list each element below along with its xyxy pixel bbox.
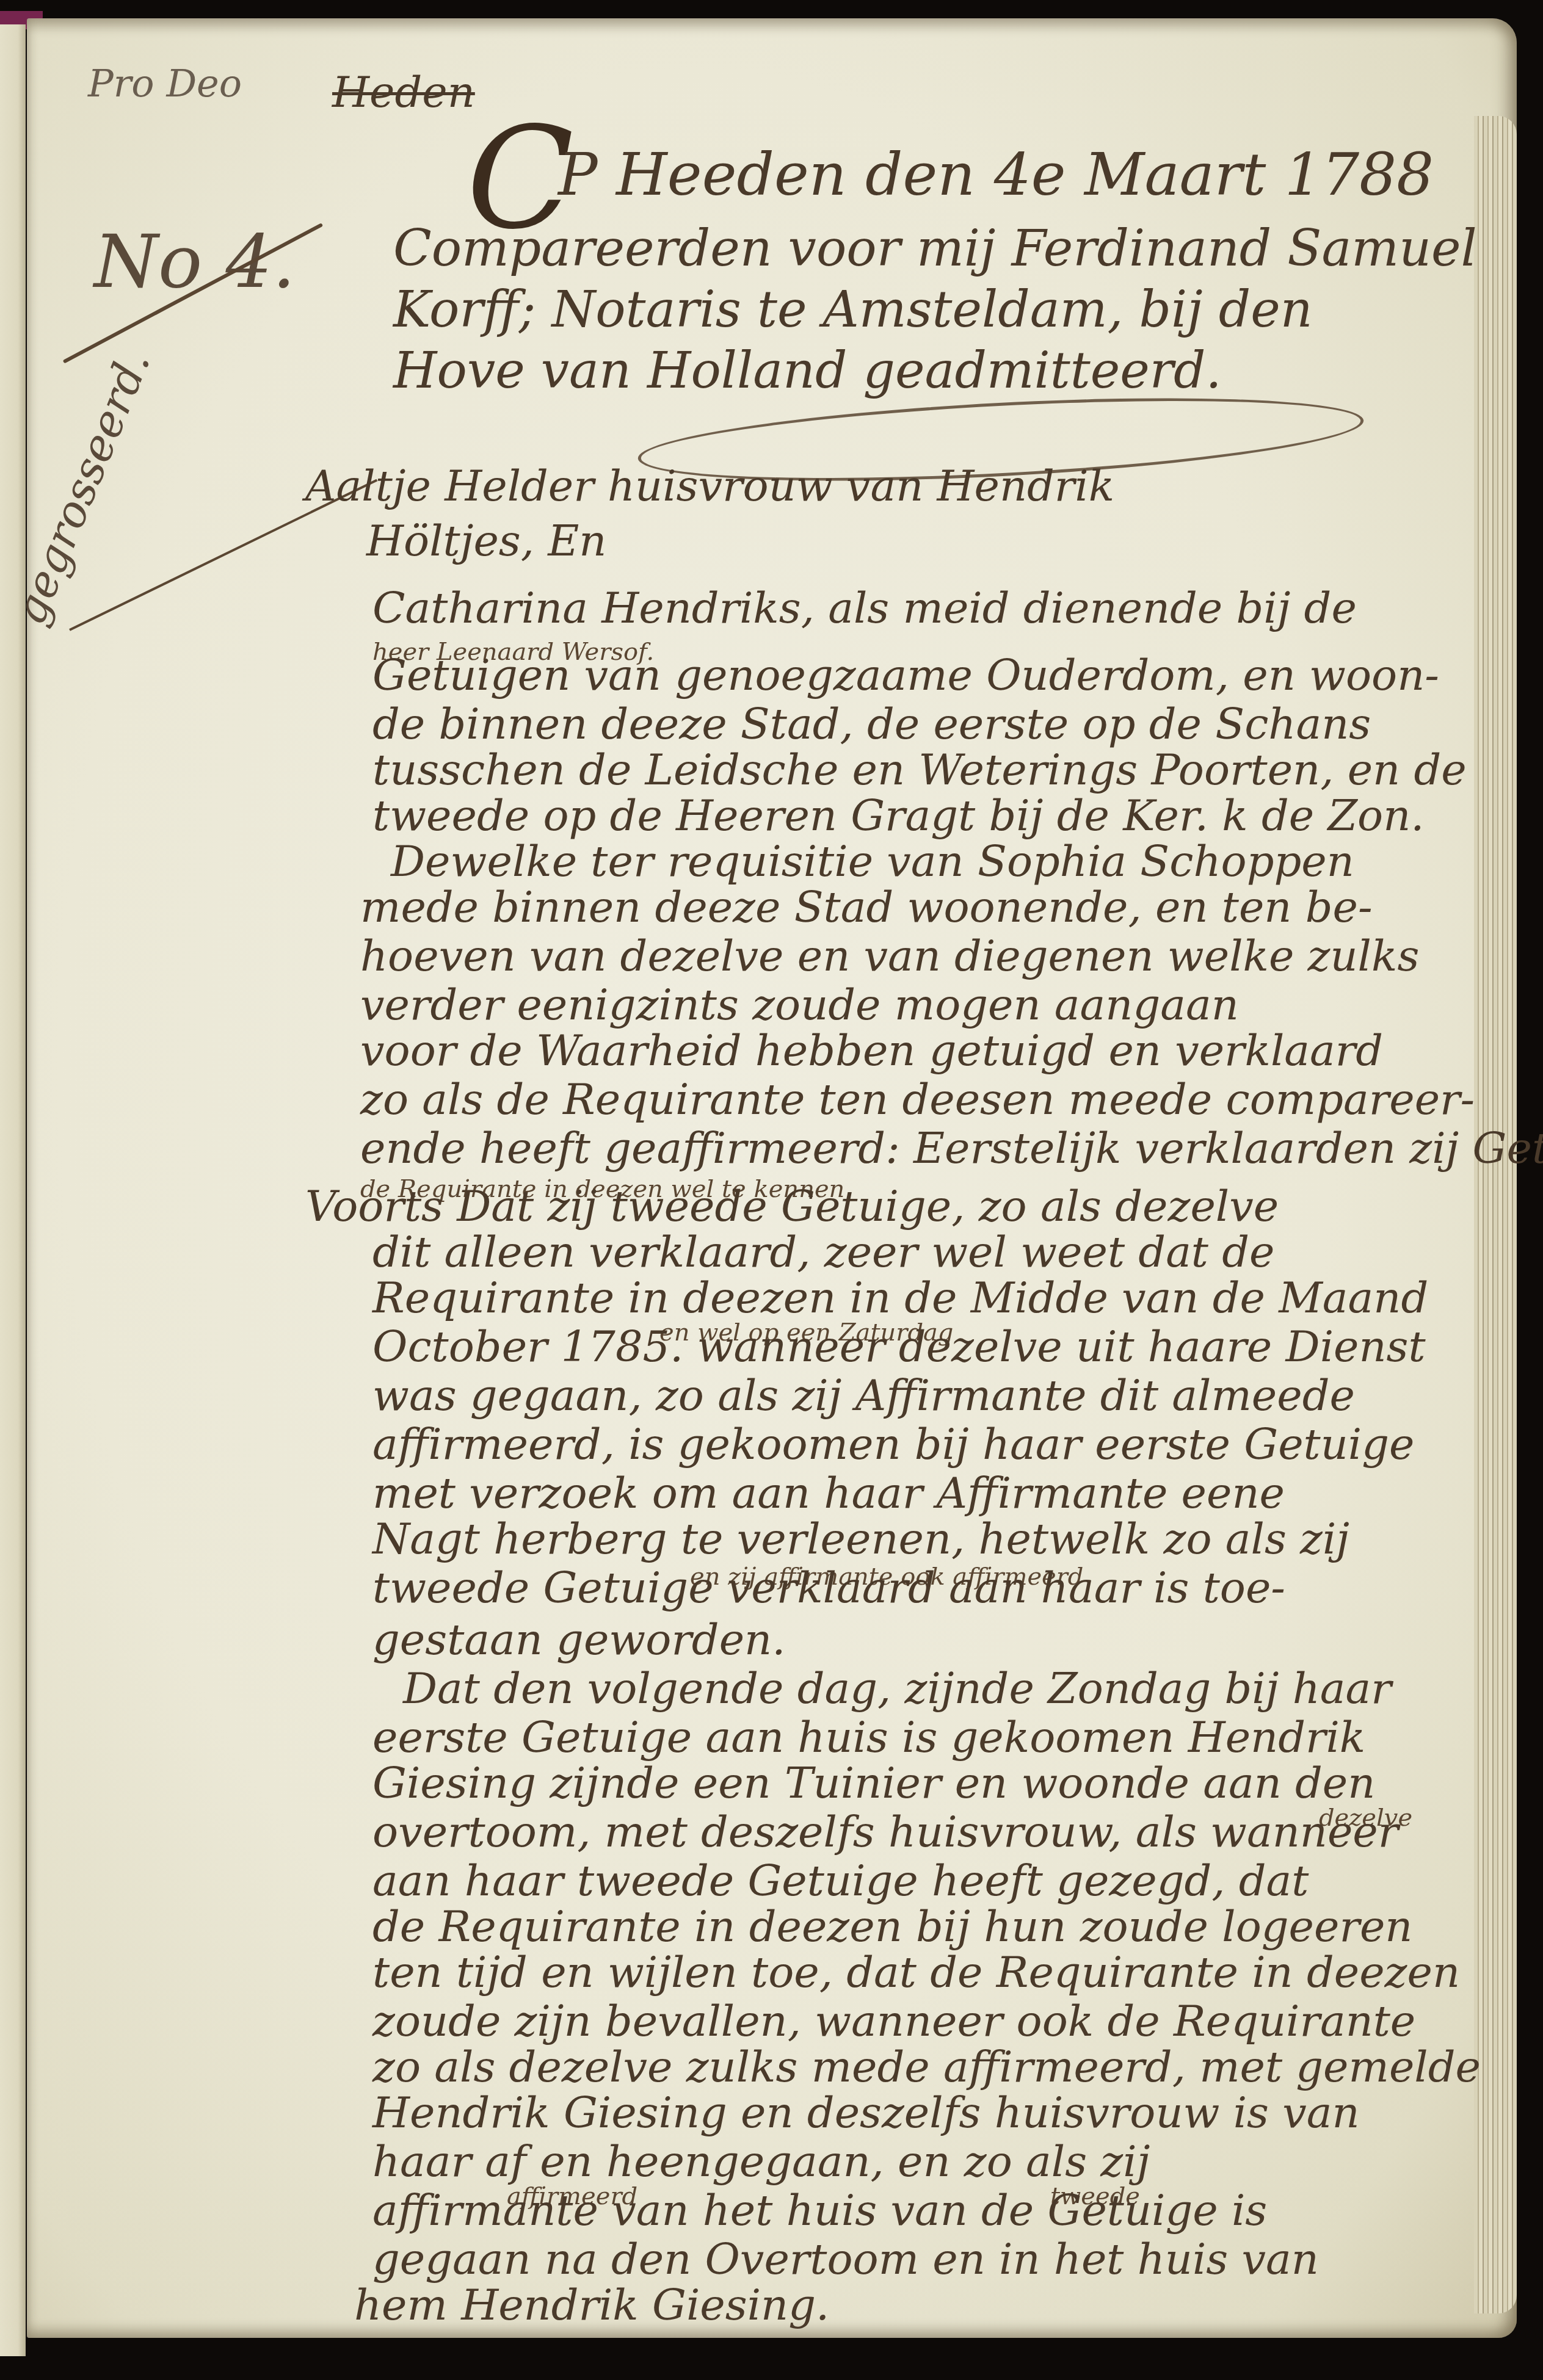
text-line: hoeven van dezelve en van diegenen welke… (360, 931, 1419, 981)
page-stack-edges (1474, 116, 1517, 2313)
text-line: dit alleen verklaard, zeer wel weet dat … (372, 1227, 1275, 1277)
text-line: tweede Getuige verklaard aan haar is toe… (372, 1563, 1285, 1613)
text-line: zoude zijn bevallen, wanneer ook de Requ… (372, 1996, 1415, 2046)
text-line: affirmante van het huis van de Getuige i… (372, 2185, 1267, 2235)
text-line: zo als de Requirante ten deesen meede co… (360, 1074, 1475, 1124)
text-line: overtoom, met deszelfs huisvrouw, als wa… (372, 1807, 1398, 1857)
text-line: hem Hendrik Giesing. (354, 2280, 829, 2330)
text-line: Getuigen van genoegzaame Ouderdom, en wo… (372, 650, 1439, 700)
text-line: Aaltje Helder huisvrouw van Hendrik (305, 461, 1114, 511)
text-line: Dewelke ter requisitie van Sophia Schopp… (391, 836, 1354, 886)
text-line: tweede op de Heeren Gragt bij de Ker. k … (372, 790, 1425, 841)
text-line: de binnen deeze Stad, de eerste op de Sc… (372, 699, 1371, 749)
heading-line-4: Hove van Holland geadmitteerd. (393, 342, 1222, 400)
text-line: October 1785. wanneer dezelve uit haare … (372, 1322, 1426, 1372)
margin-note-pro-deo: Pro Deo (88, 61, 242, 106)
text-line: voor de Waarheid hebben getuigd en verkl… (360, 1025, 1383, 1076)
text-line: mede binnen deeze Stad woonende, en ten … (360, 882, 1373, 932)
text-line: Giesing zijnde een Tuinier en woonde aan… (372, 1758, 1375, 1808)
text-line: de Requirante in deezen bij hun zoude lo… (372, 1901, 1412, 1951)
text-line: Requirante in deezen in de Midde van de … (372, 1273, 1428, 1323)
manuscript-page: Pro Deo No 4. gegrosseerd. C Heden P Hee… (27, 18, 1517, 2338)
text-line: gestaan geworden. (372, 1615, 785, 1665)
text-line: Höltjes, En (366, 516, 606, 566)
text-line: Nagt herberg te verleenen, hetwelk zo al… (372, 1514, 1349, 1564)
text-line: ende heeft geaffirmeerd: Eerstelijk verk… (360, 1123, 1543, 1173)
text-line: Catharina Hendriks, als meid dienende bi… (372, 583, 1357, 633)
text-line: verder eenigzints zoude mogen aangaan (360, 980, 1239, 1030)
text-line: Dat den volgende dag, zijnde Zondag bij … (403, 1663, 1392, 1713)
text-line: haar af en heengegaan, en zo als zij (372, 2136, 1150, 2186)
text-line: Hendrik Giesing en deszelfs huisvrouw is… (372, 2088, 1360, 2138)
facing-page-edge (0, 24, 26, 2356)
heading-line-3: Korff; Notaris te Amsteldam, bij den (393, 281, 1313, 339)
struck-heading-word: Heden (332, 67, 475, 117)
text-line: affirmeerd, is gekoomen bij haar eerste … (372, 1419, 1414, 1469)
heading-line-2: Compareerden voor mij Ferdinand Samuel (393, 220, 1477, 278)
text-line: ten tijd en wijlen toe, dat de Requirant… (372, 1947, 1460, 1997)
text-line: Voorts Dat zij tweede Getuige, zo als de… (305, 1181, 1279, 1231)
heading-line-1: P Heeden den 4e Maart 1788 (558, 140, 1434, 209)
text-line: eerste Getuige aan huis is gekoomen Hend… (372, 1712, 1365, 1762)
text-line: tusschen de Leidsche en Weterings Poorte… (372, 745, 1467, 795)
margin-note-status: gegrosseerd. (4, 343, 160, 631)
text-line: gegaan na den Overtoom en in het huis va… (372, 2234, 1319, 2284)
text-line: met verzoek om aan haar Affirmante eene (372, 1468, 1285, 1518)
text-line: was gegaan, zo als zij Affirmante dit al… (372, 1370, 1355, 1420)
text-line: aan haar tweede Getuige heeft gezegd, da… (372, 1856, 1309, 1906)
text-line: zo als dezelve zulks mede affirmeerd, me… (372, 2042, 1481, 2092)
